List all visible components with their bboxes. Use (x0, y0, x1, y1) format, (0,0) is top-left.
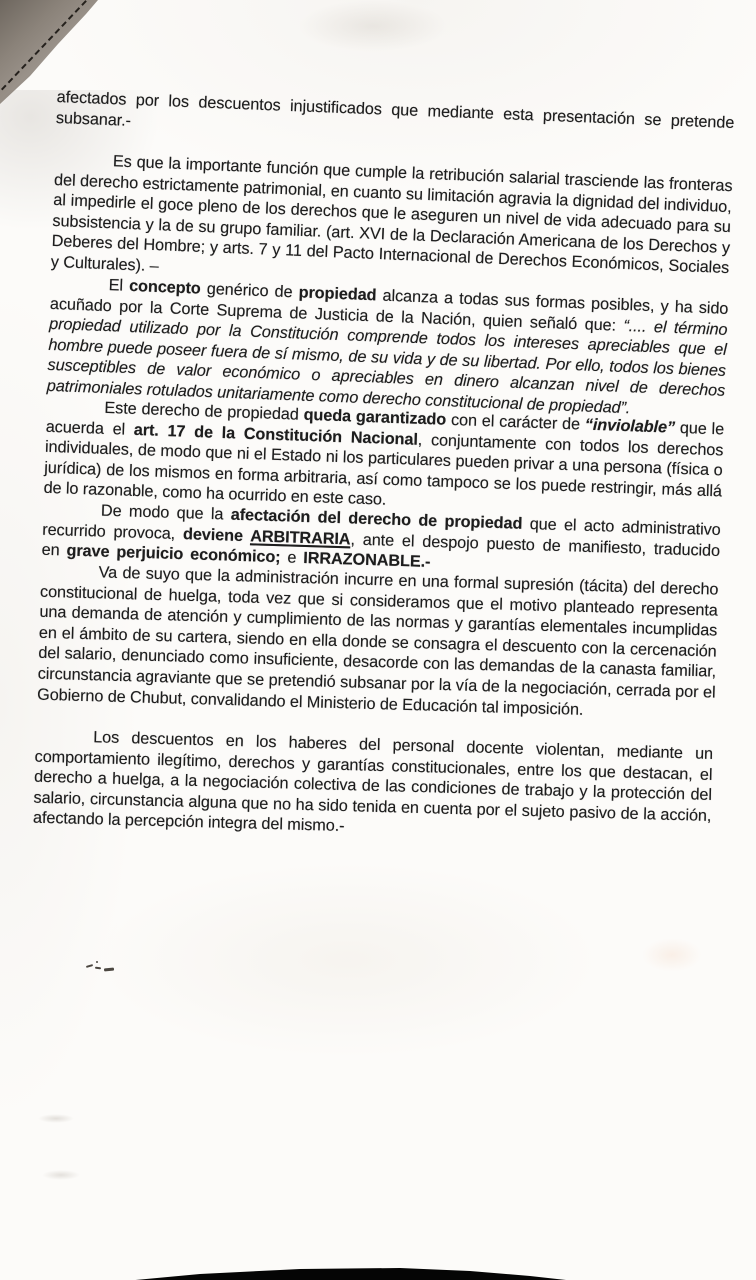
paragraph: afectados por los descuentos injustifica… (56, 87, 735, 154)
text-run: queda garantizado (303, 406, 446, 429)
document-text: afectados por los descuentos injustifica… (32, 87, 734, 851)
text-run: De modo que la (101, 502, 231, 524)
text-run: El (108, 276, 129, 295)
text-run: ARBITRARIA (250, 527, 351, 548)
pencil-mark (86, 959, 118, 974)
photo-shadow-bottom (0, 1258, 756, 1280)
text-run: deviene (183, 525, 251, 545)
scanned-document-photo: afectados por los descuentos injustifica… (0, 0, 756, 1280)
paragraph: Los descuentos en los haberes del person… (33, 726, 714, 847)
text-run: genérico de (200, 279, 299, 301)
text-run: Es que la importante función que cumple … (50, 152, 732, 277)
photo-smudge-top (298, 0, 448, 52)
text-run: “inviolable” (585, 416, 676, 437)
smudge-mark (38, 1114, 74, 1123)
stitch-line (1, 0, 100, 90)
text-run: Va de suyo que la administración incurre… (37, 563, 719, 718)
smudge-mark (642, 938, 702, 972)
text-run: propiedad (298, 283, 376, 304)
text-run: afectados por los descuentos injustifica… (56, 88, 735, 132)
text-run: concepto (129, 277, 201, 298)
text-run: Los descuentos en los haberes del person… (33, 728, 713, 835)
paragraph: Va de suyo que la administración incurre… (37, 561, 719, 724)
smudge-mark (42, 1170, 80, 1180)
text-run: con el carácter de (446, 411, 585, 434)
text-run: e (280, 549, 303, 568)
